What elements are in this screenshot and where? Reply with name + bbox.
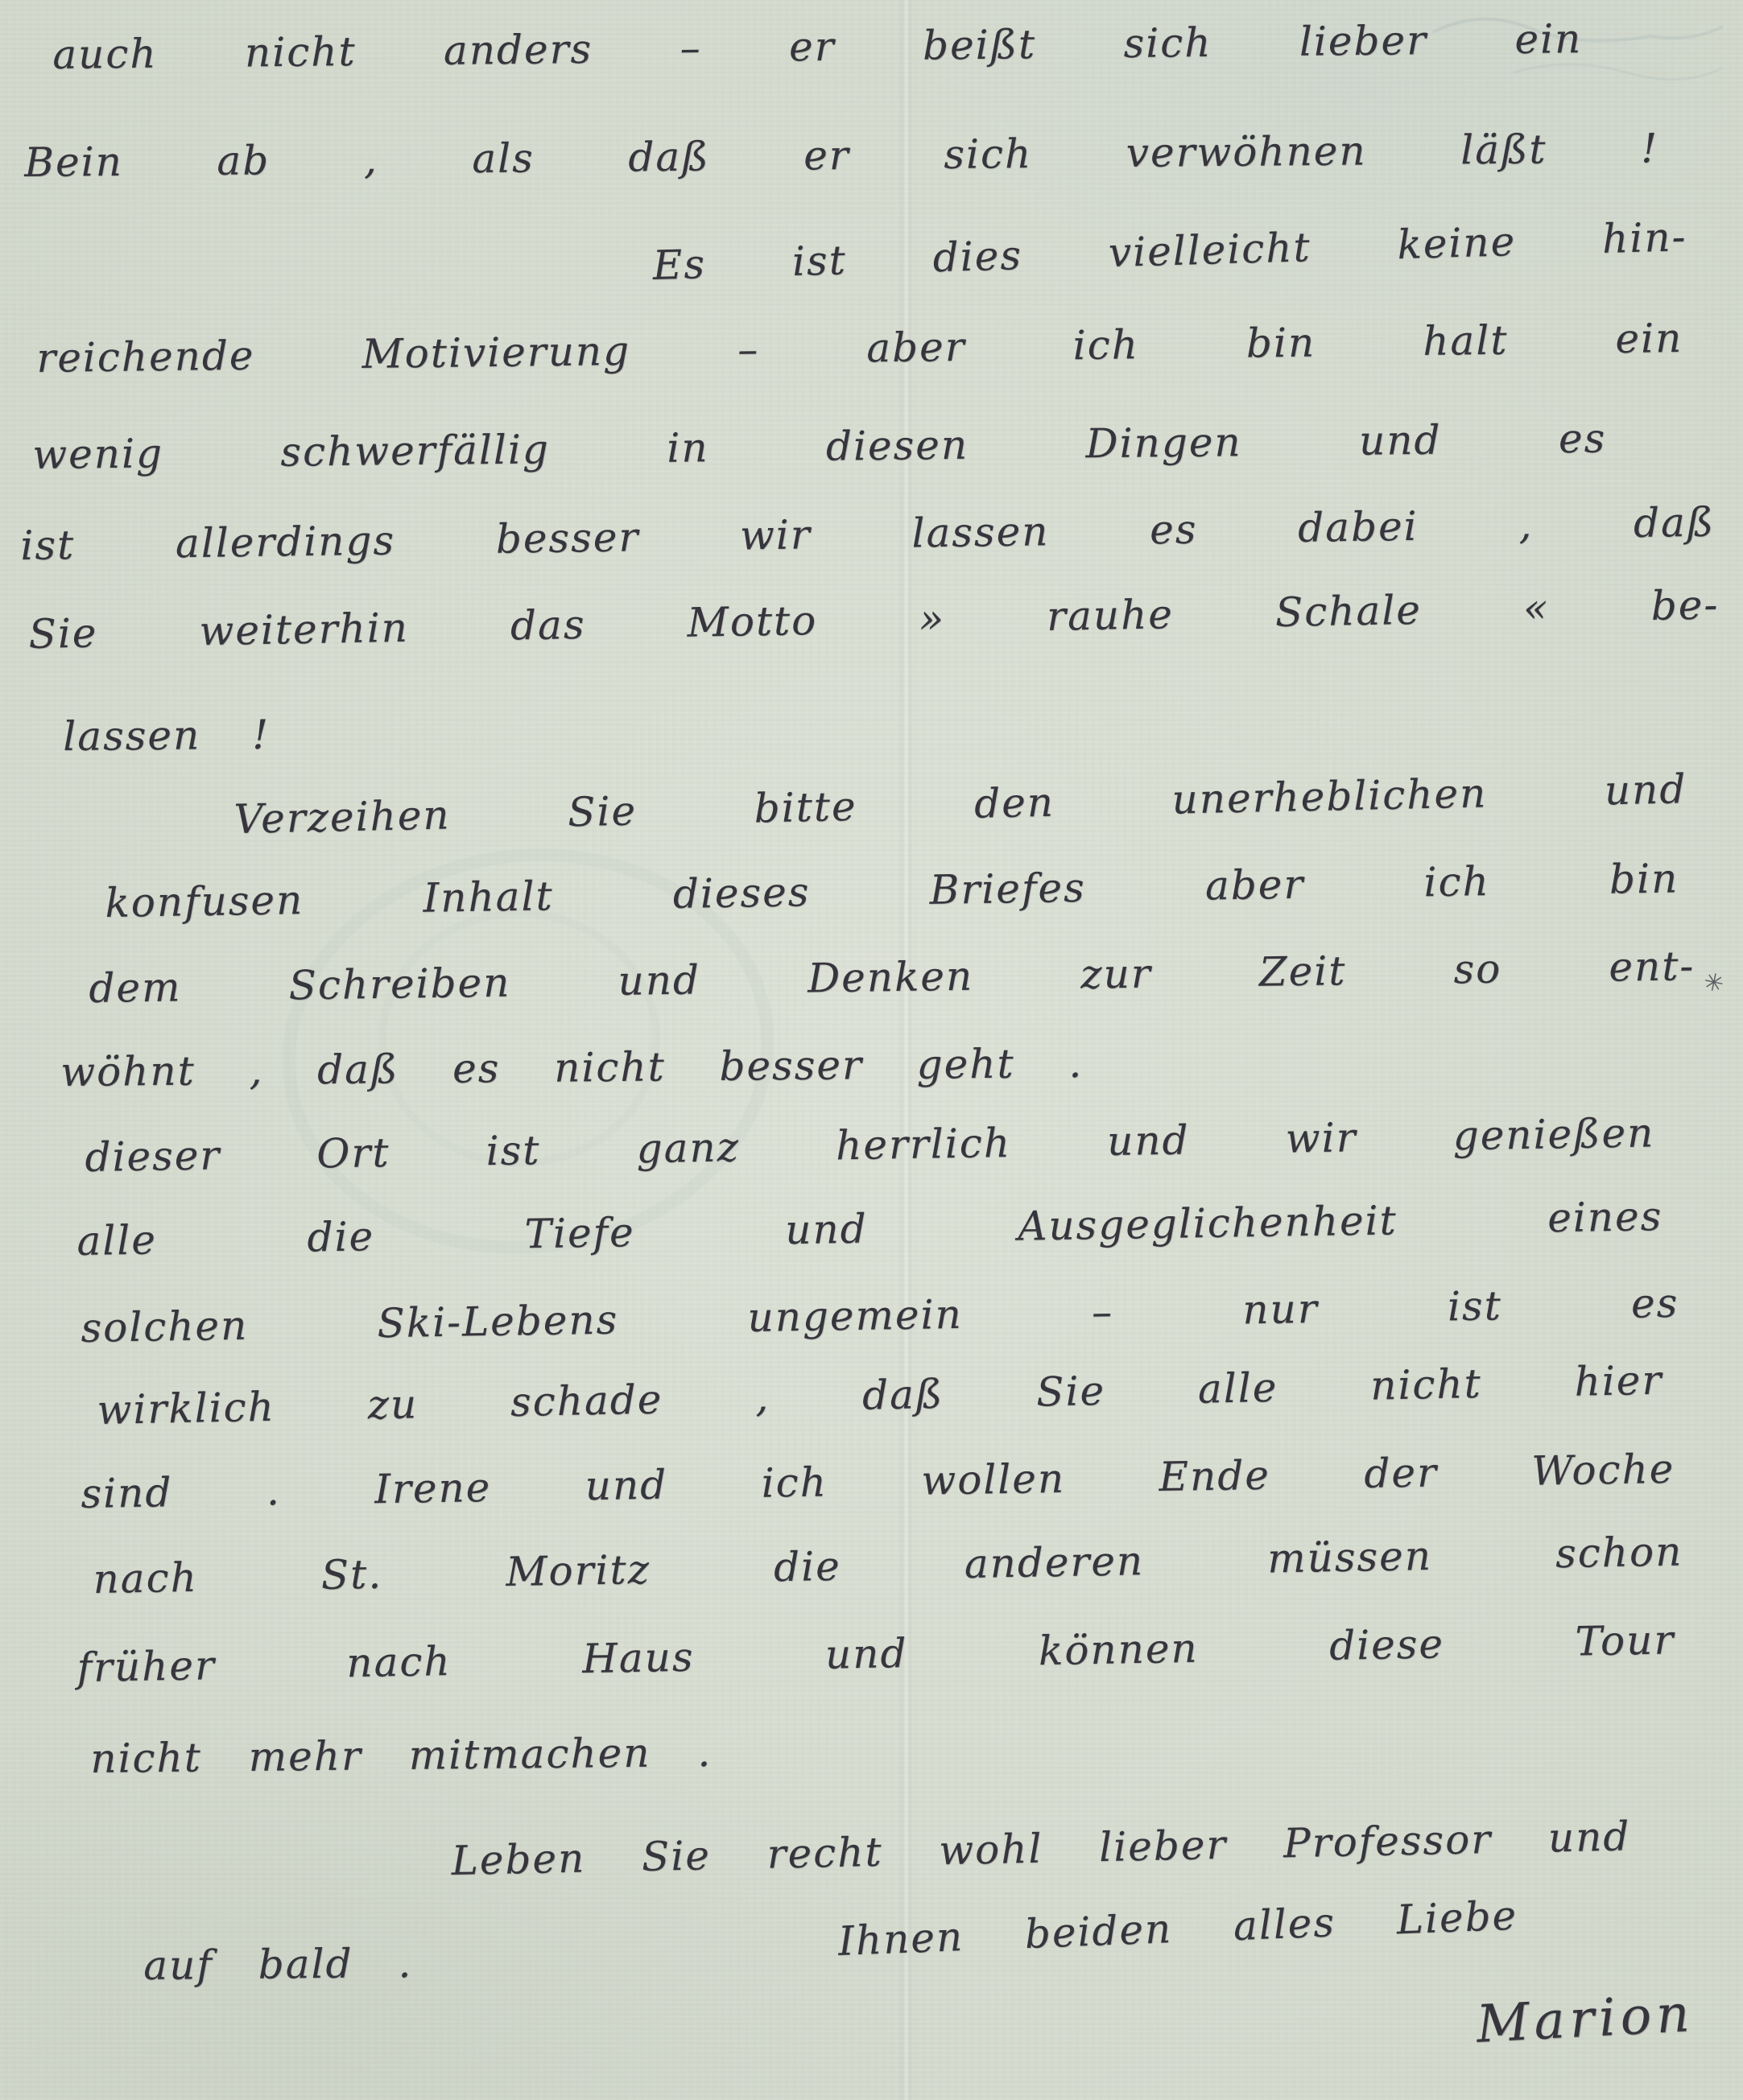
handwritten-line: alle die Tiefe und Ausgeglichenheit eine… [76, 1192, 1663, 1265]
handwritten-line: nicht mehr mitmachen . [90, 1728, 712, 1783]
handwritten-line: nach St. Moritz die anderen müssen schon [93, 1528, 1683, 1603]
handwritten-line: solchen Ski-Lebens ungemein – nur ist es [81, 1279, 1679, 1352]
handwritten-line: ist allerdings besser wir lassen es dabe… [20, 498, 1716, 570]
signature: Marion [1475, 1983, 1696, 2057]
handwritten-line: auf bald . [143, 1939, 413, 1990]
handwritten-line: reichende Motivierung – aber ich bin hal… [36, 314, 1683, 382]
handwritten-line: lassen ! [63, 711, 270, 761]
handwritten-line: Es ist dies vielleicht keine hin- [652, 212, 1687, 290]
handwritten-line: früher nach Haus und können diese Tour [76, 1615, 1675, 1692]
handwritten-line: Ihnen beiden alles Liebe [837, 1892, 1518, 1966]
handwritten-line: sind . Irene und ich wollen Ende der Woc… [81, 1445, 1675, 1518]
handwritten-line: Bein ab , als daß er sich verwöhnen läßt… [24, 124, 1658, 187]
handwritten-line: Leben Sie recht wohl lieber Professor un… [451, 1812, 1631, 1885]
handwritten-line: wirklich zu schade , daß Sie alle nicht … [97, 1356, 1663, 1434]
handwritten-line: Verzeihen Sie bitte den unerheblichen un… [233, 765, 1687, 844]
handwritten-line: konfusen Inhalt dieses Briefes aber ich … [105, 854, 1679, 927]
handwritten-line: Sie weiterhin das Motto » rauhe Schale «… [28, 580, 1720, 658]
handwritten-line: wenig schwerfällig in diesen Dingen und … [32, 415, 1607, 479]
handwritten-line: wöhnt , daß es nicht besser geht . [60, 1039, 1083, 1096]
handwritten-line: auch nicht anders – er beißt sich lieber… [52, 14, 1583, 79]
ink-mark-icon: ✳ [1701, 967, 1727, 999]
letter-page: auch nicht anders – er beißt sich lieber… [0, 0, 1743, 2100]
